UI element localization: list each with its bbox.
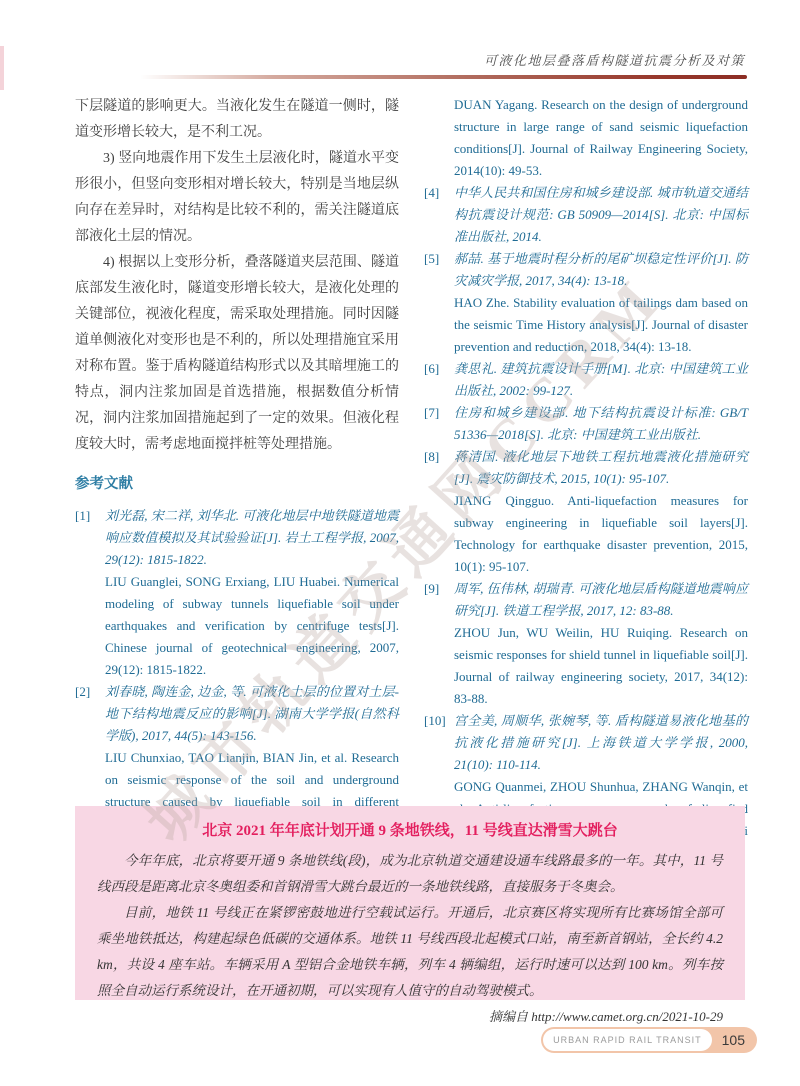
reference-number: [4] <box>424 182 454 248</box>
reference-item: [4]中华人民共和国住房和城乡建设部. 城市轨道交通结构抗震设计规范: GB 5… <box>424 182 748 248</box>
left-column: 下层隧道的影响更大。当液化发生在隧道一侧时，隧道变形增长较大，是不利工况。 3)… <box>75 94 399 901</box>
reference-number: [6] <box>424 358 454 402</box>
header-rule <box>140 75 747 79</box>
body-paragraph: 4) 根据以上变形分析，叠落隧道夹层范围、隧道底部发生液化时，隧道变形增长较大，… <box>75 250 399 458</box>
news-paragraph: 今年年底，北京将要开通 9 条地铁线(段)，成为北京轨道交通建设通车线路最多的一… <box>97 848 723 900</box>
news-title: 北京 2021 年年底计划开通 9 条地铁线，11 号线直达滑雪大跳台 <box>97 819 723 840</box>
reference-english: ZHOU Jun, WU Weilin, HU Ruiqing. Researc… <box>454 622 748 710</box>
reference-number: [8] <box>424 446 454 578</box>
reference-english: HAO Zhe. Stability evaluation of tailing… <box>454 292 748 358</box>
reference-text: 中华人民共和国住房和城乡建设部. 城市轨道交通结构抗震设计规范: GB 5090… <box>454 182 748 248</box>
reference-text: 蒋清国. 液化地层下地铁工程抗地震液化措施研究[J]. 震灾防御技术, 2015… <box>454 446 748 578</box>
page-number: 105 <box>712 1032 757 1048</box>
reference-text: 郝喆. 基于地震时程分析的尾矿坝稳定性评价[J]. 防灾减灾学报, 2017, … <box>454 248 748 358</box>
reference-chinese: 郝喆. 基于地震时程分析的尾矿坝稳定性评价[J]. 防灾减灾学报, 2017, … <box>454 248 748 292</box>
reference-item: [6]龚思礼. 建筑抗震设计手册[M]. 北京: 中国建筑工业出版社, 2002… <box>424 358 748 402</box>
scan-edge-artifact <box>0 46 4 90</box>
reference-chinese: 住房和城乡建设部. 地下结构抗震设计标准: GB/T 51336—2018[S]… <box>454 402 748 446</box>
reference-text: 住房和城乡建设部. 地下结构抗震设计标准: GB/T 51336—2018[S]… <box>454 402 748 446</box>
reference-item: [7]住房和城乡建设部. 地下结构抗震设计标准: GB/T 51336—2018… <box>424 402 748 446</box>
references-list-right: DUAN Yagang. Research on the design of u… <box>424 94 748 864</box>
reference-chinese: 宫全美, 周顺华, 张婉琴, 等. 盾构隧道易液化地基的抗液化措施研究[J]. … <box>454 710 748 776</box>
reference-text: 刘光磊, 宋二祥, 刘华北. 可液化地层中地铁隧道地震响应数值模拟及其试验验证[… <box>105 505 399 681</box>
footer-journal-label: URBAN RAPID RAIL TRANSIT <box>543 1029 712 1051</box>
reference-chinese: 蒋清国. 液化地层下地铁工程抗地震液化措施研究[J]. 震灾防御技术, 2015… <box>454 446 748 490</box>
reference-item: [5]郝喆. 基于地震时程分析的尾矿坝稳定性评价[J]. 防灾减灾学报, 201… <box>424 248 748 358</box>
running-header-title: 可液化地层叠落盾构隧道抗震分析及对策 <box>484 50 745 69</box>
reference-english: LIU Guanglei, SONG Erxiang, LIU Huabei. … <box>105 571 399 681</box>
news-paragraph: 目前，地铁 11 号线正在紧锣密鼓地进行空载试运行。开通后，北京赛区将实现所有比… <box>97 900 723 1004</box>
reference-english: DUAN Yagang. Research on the design of u… <box>454 94 748 182</box>
journal-page: 可液化地层叠落盾构隧道抗震分析及对策 城市轨道交通网CCRM 下层隧道的影响更大… <box>0 0 800 1086</box>
reference-item: [9]周军, 伍伟林, 胡瑞青. 可液化地层盾构隧道地震响应研究[J]. 铁道工… <box>424 578 748 710</box>
body-paragraph: 下层隧道的影响更大。当液化发生在隧道一侧时，隧道变形增长较大，是不利工况。 <box>75 94 399 146</box>
reference-chinese: 刘春晓, 陶连金, 边金, 等. 可液化土层的位置对土层-地下结构地震反应的影响… <box>105 681 399 747</box>
body-paragraph: 3) 竖向地震作用下发生土层液化时，隧道水平变形很小，但竖向变形相对增长较大，特… <box>75 146 399 250</box>
reference-number: [5] <box>424 248 454 358</box>
reference-text: DUAN Yagang. Research on the design of u… <box>454 94 748 182</box>
right-column: DUAN Yagang. Research on the design of u… <box>424 94 748 901</box>
news-box: 北京 2021 年年底计划开通 9 条地铁线，11 号线直达滑雪大跳台 今年年底… <box>75 806 745 1000</box>
reference-number: [9] <box>424 578 454 710</box>
reference-chinese: 刘光磊, 宋二祥, 刘华北. 可液化地层中地铁隧道地震响应数值模拟及其试验验证[… <box>105 505 399 571</box>
footer-page-badge: URBAN RAPID RAIL TRANSIT 105 <box>541 1027 757 1053</box>
reference-chinese: 中华人民共和国住房和城乡建设部. 城市轨道交通结构抗震设计规范: GB 5090… <box>454 182 748 248</box>
reference-item: [1]刘光磊, 宋二祥, 刘华北. 可液化地层中地铁隧道地震响应数值模拟及其试验… <box>75 505 399 681</box>
reference-number: [1] <box>75 505 105 681</box>
reference-item: [8]蒋清国. 液化地层下地铁工程抗地震液化措施研究[J]. 震灾防御技术, 2… <box>424 446 748 578</box>
reference-number: [7] <box>424 402 454 446</box>
reference-item: DUAN Yagang. Research on the design of u… <box>424 94 748 182</box>
reference-chinese: 龚思礼. 建筑抗震设计手册[M]. 北京: 中国建筑工业出版社, 2002: 9… <box>454 358 748 402</box>
news-source-line: 摘编自 http://www.camet.org.cn/2021-10-29 <box>97 1006 723 1025</box>
reference-text: 周军, 伍伟林, 胡瑞青. 可液化地层盾构隧道地震响应研究[J]. 铁道工程学报… <box>454 578 748 710</box>
two-column-content: 下层隧道的影响更大。当液化发生在隧道一侧时，隧道变形增长较大，是不利工况。 3)… <box>75 94 748 901</box>
reference-text: 龚思礼. 建筑抗震设计手册[M]. 北京: 中国建筑工业出版社, 2002: 9… <box>454 358 748 402</box>
reference-chinese: 周军, 伍伟林, 胡瑞青. 可液化地层盾构隧道地震响应研究[J]. 铁道工程学报… <box>454 578 748 622</box>
references-heading: 参考文献 <box>75 472 399 493</box>
reference-english: JIANG Qingguo. Anti-liquefaction measure… <box>454 490 748 578</box>
